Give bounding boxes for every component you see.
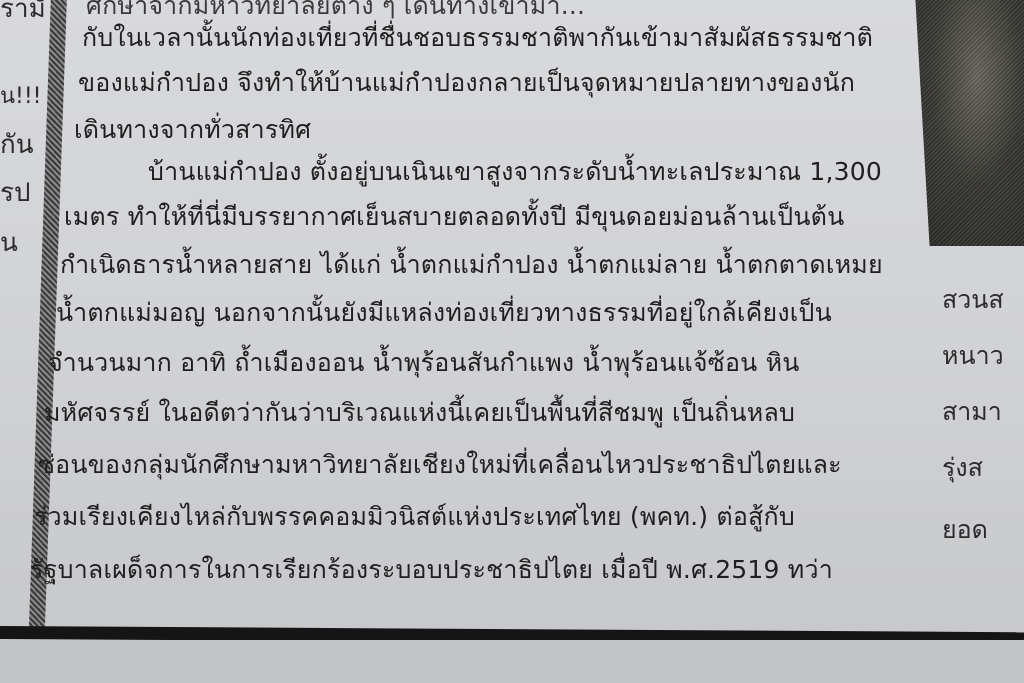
right-fragment: หนาว: [942, 336, 1004, 376]
article-line: กับในเวลานั้นนักท่องเที่ยวที่ชื่นชอบธรรม…: [82, 18, 873, 58]
article-line: ของแม่กำปอง จึงทำให้บ้านแม่กำปองกลายเป็น…: [78, 63, 855, 103]
right-fragment: สวนส: [942, 280, 1004, 320]
left-fragment: กัน: [0, 124, 34, 165]
article-line: ซ่อนของกลุ่มนักศึกษามหาวิทยาลัยเชียงใหม่…: [38, 445, 842, 485]
right-fragment: ยอด: [942, 510, 988, 550]
left-fragment: น!!!: [0, 78, 42, 113]
right-fragment: สามา: [942, 392, 1002, 432]
left-fragment: รามั: [0, 0, 46, 29]
article-line: จำนวนมาก อาทิ ถ้ำเมืองออน น้ำพุร้อนสันกำ…: [48, 343, 800, 383]
newspaper-page: รามั น!!! กัน รป น ศึกษาจากมหาวิทยาลัยต่…: [0, 0, 1024, 683]
article-line: ร่วมเรียงเคียงไหล่กับพรรคคอมมิวนิสต์แห่ง…: [34, 497, 795, 537]
lower-page-margin: [0, 640, 1024, 683]
article-line: เมตร ทำให้ที่นี่มีบรรยากาศเย็นสบายตลอดทั…: [64, 197, 844, 237]
right-column-fragments: สวนส หนาว สามา รุ่งส ยอด: [942, 270, 1024, 590]
article-line: เดินทางจากทั่วสารทิศ: [74, 110, 311, 150]
article-line: กำเนิดธารน้ำหลายสาย ได้แก่ น้ำตกแม่กำปอง…: [60, 245, 883, 285]
article-line: รัฐบาลเผด็จการในการเรียกร้องระบอบประชาธิ…: [30, 550, 833, 590]
right-fragment: รุ่งส: [942, 448, 983, 488]
left-fragment: รป: [0, 172, 30, 213]
article-line: น้ำตกแม่มอญ นอกจากนั้นยังมีแหล่งท่องเที่…: [56, 293, 832, 333]
left-fragment: น: [0, 222, 18, 263]
article-body: ศึกษาจากมหาวิทยาลัยต่าง ๆ เดินทางเข้ามา.…: [60, 0, 940, 620]
article-line: มหัศจรรย์ ในอดีตว่ากันว่าบริเวณแห่งนี้เค…: [44, 393, 795, 433]
article-line: บ้านแม่กำปอง ตั้งอยู่บนเนินเขาสูงจากระดั…: [148, 152, 882, 192]
